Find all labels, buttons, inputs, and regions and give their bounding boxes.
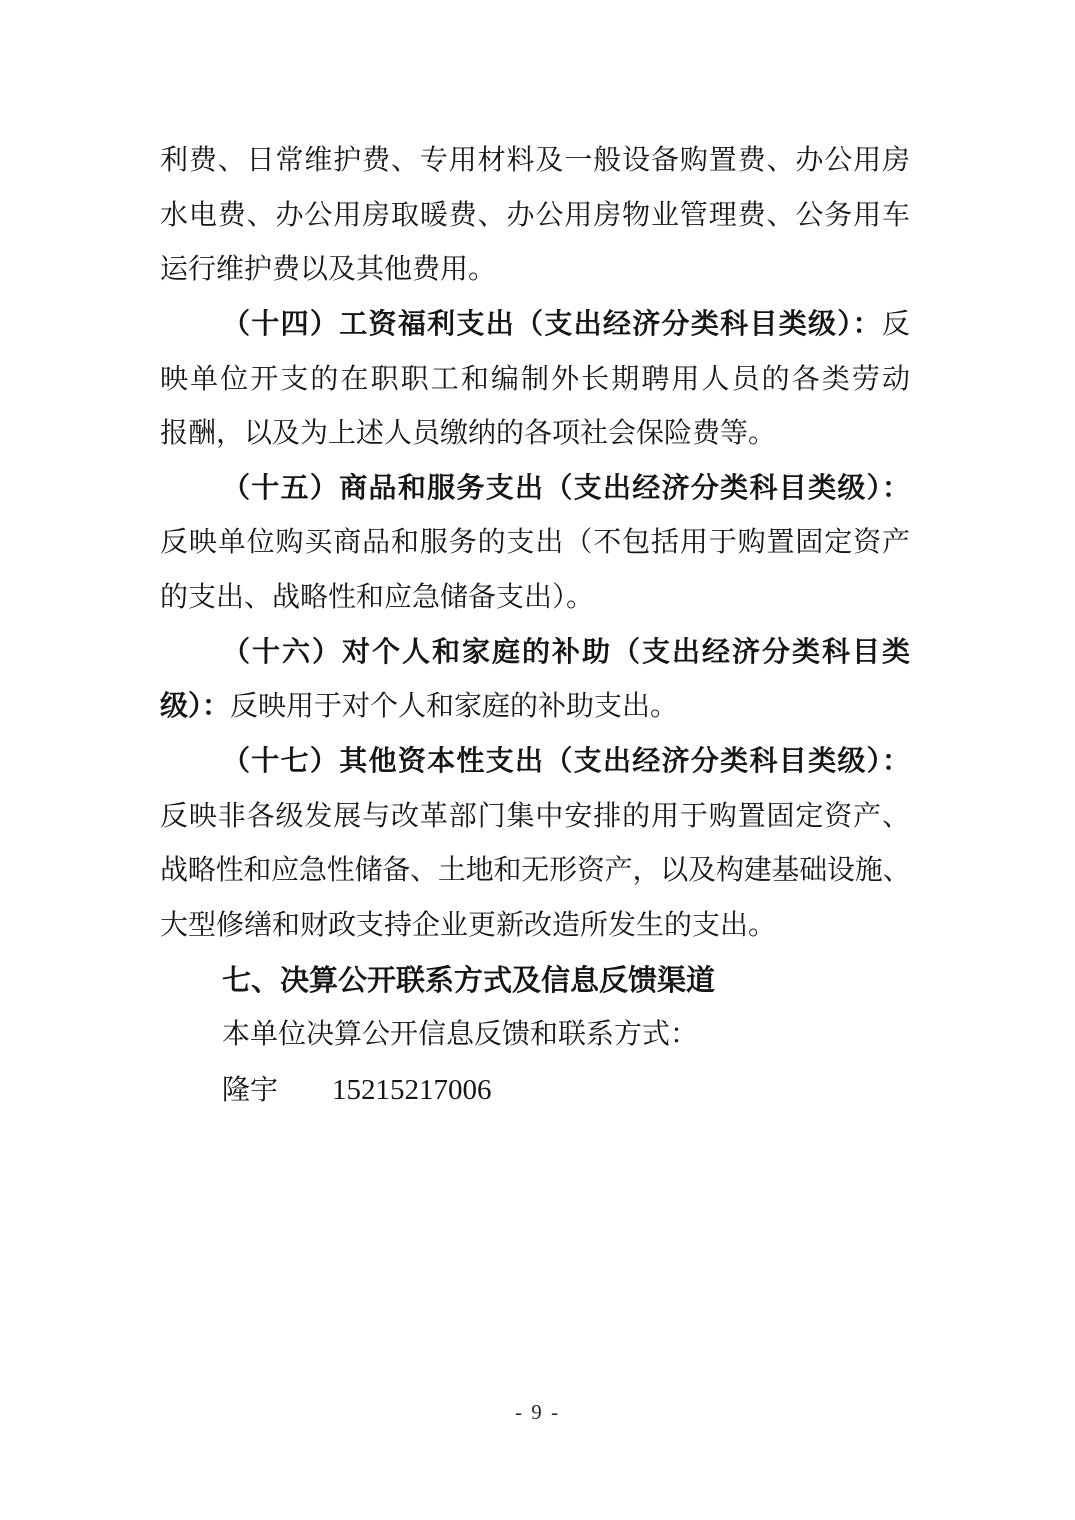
section-7-heading: 七、决算公开联系方式及信息反馈渠道 xyxy=(222,965,715,997)
body-text: 报酬，以及为上述人员缴纳的各项社会保险费等。 xyxy=(160,418,776,449)
text-line: （十七）其他资本性支出（支出经济分类科目类级）： xyxy=(160,735,910,790)
body-text: 运行维护费以及其他费用。 xyxy=(160,254,496,285)
text-line: 报酬，以及为上述人员缴纳的各项社会保险费等。 xyxy=(160,407,910,462)
text-line: （十四）工资福利支出（支出经济分类科目类级）：反 xyxy=(160,298,910,353)
clause-17-title: （十七）其他资本性支出（支出经济分类科目类级）： xyxy=(222,746,910,777)
body-text: 战略性和应急性储备、土地和无形资产，以及构建基础设施、 xyxy=(160,855,910,886)
text-line: 水电费、办公用房取暖费、办公用房物业管理费、公务用车 xyxy=(160,189,910,244)
text-line: 的支出、战略性和应急储备支出）。 xyxy=(160,571,910,626)
body-text: 反 xyxy=(882,309,910,340)
text-line: 反映单位购买商品和服务的支出（不包括用于购置固定资产 xyxy=(160,516,910,571)
text-line: （十五）商品和服务支出（支出经济分类科目类级）： xyxy=(160,462,910,517)
body-text: 大型修缮和财政支持企业更新改造所发生的支出。 xyxy=(160,910,776,941)
text-line: 隆宇15215217006 xyxy=(160,1063,910,1118)
text-line: 运行维护费以及其他费用。 xyxy=(160,243,910,298)
document-page: 利费、日常维护费、专用材料及一般设备购置费、办公用房 水电费、办公用房取暖费、办… xyxy=(0,0,1075,1520)
text-line: 大型修缮和财政支持企业更新改造所发生的支出。 xyxy=(160,899,910,954)
text-line: （十六）对个人和家庭的补助（支出经济分类科目类 xyxy=(160,626,910,681)
contact-phone: 15215217006 xyxy=(332,1074,492,1106)
text-line: 七、决算公开联系方式及信息反馈渠道 xyxy=(160,954,910,1009)
text-line: 本单位决算公开信息反馈和联系方式： xyxy=(160,1008,910,1063)
contact-name: 隆宇 xyxy=(222,1075,278,1106)
text-line: 级）：反映用于对个人和家庭的补助支出。 xyxy=(160,680,910,735)
body-text: 反映非各级发展与改革部门集中安排的用于购置固定资产、 xyxy=(160,801,910,832)
clause-16-title: （十六）对个人和家庭的补助（支出经济分类科目类 xyxy=(222,637,910,668)
text-block: 利费、日常维护费、专用材料及一般设备购置费、办公用房 水电费、办公用房取暖费、办… xyxy=(160,134,910,1118)
text-line: 映单位开支的在职职工和编制外长期聘用人员的各类劳动 xyxy=(160,353,910,408)
body-text: 映单位开支的在职职工和编制外长期聘用人员的各类劳动 xyxy=(160,364,910,395)
text-line: 利费、日常维护费、专用材料及一般设备购置费、办公用房 xyxy=(160,134,910,189)
body-text: 的支出、战略性和应急储备支出）。 xyxy=(160,582,594,613)
clause-14-title: （十四）工资福利支出（支出经济分类科目类级）： xyxy=(222,309,882,340)
page-number: - 9 - xyxy=(0,1400,1075,1425)
clause-15-title: （十五）商品和服务支出（支出经济分类科目类级）： xyxy=(222,473,910,504)
contact-intro: 本单位决算公开信息反馈和联系方式： xyxy=(222,1019,698,1050)
body-text: 反映单位购买商品和服务的支出（不包括用于购置固定资产 xyxy=(160,527,910,558)
text-line: 战略性和应急性储备、土地和无形资产，以及构建基础设施、 xyxy=(160,844,910,899)
body-text: 水电费、办公用房取暖费、办公用房物业管理费、公务用车 xyxy=(160,200,910,231)
body-text: 反映用于对个人和家庭的补助支出。 xyxy=(230,691,678,722)
body-text: 利费、日常维护费、专用材料及一般设备购置费、办公用房 xyxy=(160,145,910,176)
clause-16-title-cont: 级）： xyxy=(160,691,230,722)
text-line: 反映非各级发展与改革部门集中安排的用于购置固定资产、 xyxy=(160,790,910,845)
